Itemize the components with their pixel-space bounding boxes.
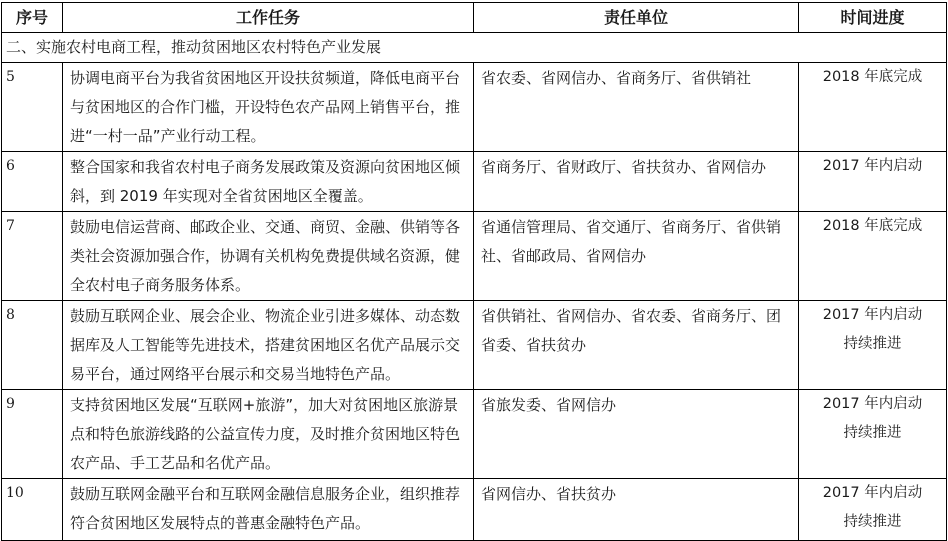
section-title: 二、实施农村电商工程，推动贫困地区农村特色产业发展: [2, 33, 947, 63]
row-number: 7: [2, 212, 63, 301]
schedule-line: 持续推进: [799, 419, 946, 448]
row-schedule: 2017 年内启动 持续推进: [799, 479, 947, 537]
row-unit: 省网信办、省扶贫办: [474, 479, 799, 537]
row-schedule: 2018 年底完成: [799, 63, 947, 152]
table-row: 9 支持贫困地区发展“互联网+旅游”，加大对贫困地区旅游景点和特色旅游线路的公益…: [2, 390, 947, 479]
table-row: 8 鼓励互联网企业、展会企业、物流企业引进多媒体、动态数据库及人工智能等先进技术…: [2, 301, 947, 390]
table-row: 5 协调电商平台为我省贫困地区开设扶贫频道，降低电商平台与贫困地区的合作门槛，开…: [2, 63, 947, 152]
row-unit: 省旅发委、省网信办: [474, 390, 799, 479]
row-schedule: 2017 年内启动: [799, 152, 947, 212]
schedule-line: 2017 年内启动: [799, 390, 946, 419]
schedule-line: 持续推进: [799, 508, 946, 536]
row-task: 鼓励互联网企业、展会企业、物流企业引进多媒体、动态数据库及人工智能等先进技术，搭…: [63, 301, 474, 390]
table-row: 10 鼓励互联网金融平台和互联网金融信息服务企业，组织推荐符合贫困地区发展特点的…: [2, 479, 947, 537]
row-number: 9: [2, 390, 63, 479]
row-unit: 省商务厅、省财政厅、省扶贫办、省网信办: [474, 152, 799, 212]
row-number: 6: [2, 152, 63, 212]
section-row: 二、实施农村电商工程，推动贫困地区农村特色产业发展: [2, 33, 947, 63]
row-task: 鼓励互联网金融平台和互联网金融信息服务企业，组织推荐符合贫困地区发展特点的普惠金…: [63, 479, 474, 537]
row-schedule: 2017 年内启动 持续推进: [799, 301, 947, 390]
schedule-line: 2017 年内启动: [799, 479, 946, 508]
header-row: 序号 工作任务 责任单位 时间进度: [2, 3, 947, 33]
schedule-line: 2017 年内启动: [799, 301, 946, 330]
schedule-line: 2017 年内启动: [799, 152, 946, 181]
schedule-line: 持续推进: [799, 330, 946, 359]
table-row: 7 鼓励电信运营商、邮政企业、交通、商贸、金融、供销等各类社会资源加强合作，协调…: [2, 212, 947, 301]
row-schedule: 2017 年内启动 持续推进: [799, 390, 947, 479]
row-number: 8: [2, 301, 63, 390]
header-task: 工作任务: [63, 3, 474, 33]
header-unit: 责任单位: [474, 3, 799, 33]
row-unit: 省农委、省网信办、省商务厅、省供销社: [474, 63, 799, 152]
header-serial: 序号: [2, 3, 63, 33]
schedule-line: 2018 年底完成: [799, 212, 946, 241]
row-task: 支持贫困地区发展“互联网+旅游”，加大对贫困地区旅游景点和特色旅游线路的公益宣传…: [63, 390, 474, 479]
row-task: 协调电商平台为我省贫困地区开设扶贫频道，降低电商平台与贫困地区的合作门槛，开设特…: [63, 63, 474, 152]
row-number: 10: [2, 479, 63, 537]
row-unit: 省供销社、省网信办、省农委、省商务厅、团省委、省扶贫办: [474, 301, 799, 390]
header-schedule: 时间进度: [799, 3, 947, 33]
row-number: 5: [2, 63, 63, 152]
task-table: 序号 工作任务 责任单位 时间进度 二、实施农村电商工程，推动贫困地区农村特色产…: [1, 2, 947, 536]
schedule-line: 2018 年底完成: [799, 63, 946, 92]
table-row: 6 整合国家和我省农村电子商务发展政策及资源向贫困地区倾斜，到 2019 年实现…: [2, 152, 947, 212]
row-unit: 省通信管理局、省交通厅、省商务厅、省供销社、省邮政局、省网信办: [474, 212, 799, 301]
row-task: 整合国家和我省农村电子商务发展政策及资源向贫困地区倾斜，到 2019 年实现对全…: [63, 152, 474, 212]
row-task: 鼓励电信运营商、邮政企业、交通、商贸、金融、供销等各类社会资源加强合作，协调有关…: [63, 212, 474, 301]
row-schedule: 2018 年底完成: [799, 212, 947, 301]
